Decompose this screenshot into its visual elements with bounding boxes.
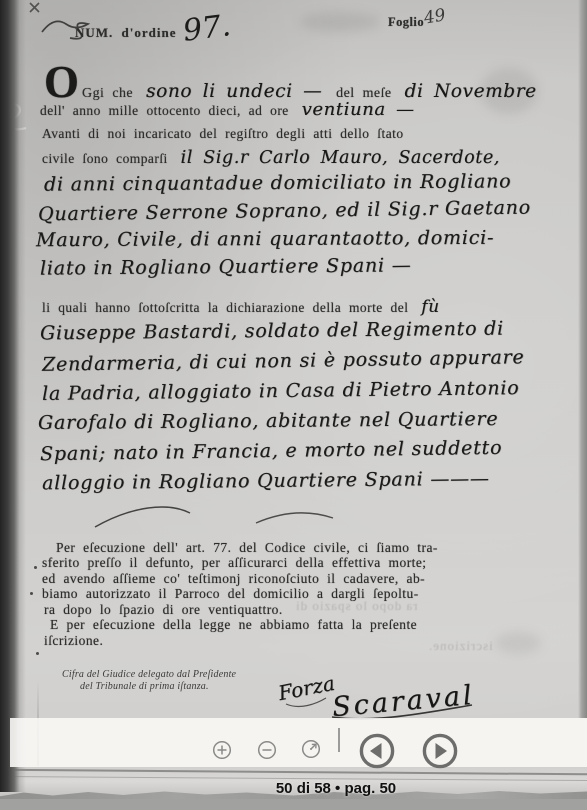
handwritten-line: di anni cinquantadue domiciliato in Rogl… — [44, 170, 512, 195]
toolbar-divider — [338, 728, 340, 752]
bleedthrough-text: iscrizione. — [428, 638, 493, 654]
handwritten-line: Mauro, Civile, di anni quarantaotto, dom… — [36, 227, 494, 251]
bottom-strip — [0, 799, 587, 810]
page-counter: 50 di 58 • pag. 50 — [276, 780, 396, 797]
printed-line: ed avendo aſſieme co' teſtimonj riconoſc… — [42, 571, 425, 587]
printed-line: biamo autorizzato il Parroco del domicil… — [42, 586, 419, 602]
signature: Scaraval — [331, 680, 476, 723]
status-bar: 50 di 58 • pag. 50 — [0, 766, 587, 810]
printed-line: iſcrizione. — [44, 633, 103, 649]
judge-note: del Tribunale di prima iſtanza. — [80, 681, 209, 692]
stain — [300, 12, 380, 32]
right-page-edge — [578, 0, 587, 718]
stray-pen-stroke — [256, 513, 333, 523]
zoom-out-icon — [256, 739, 278, 761]
handwritten-line: la Padria, alloggiato in Casa di Pietro … — [42, 377, 520, 405]
printed-line: sferito preſſo il defunto, per aſſicurar… — [42, 555, 427, 571]
judge-note: Cifra del Giudice delegato dal Preſident… — [62, 669, 236, 680]
order-number-value: 97. — [181, 8, 233, 49]
ink-dot — [36, 652, 39, 655]
stain — [495, 632, 541, 654]
document-line: Avanti di noi incaricato del regiſtro de… — [42, 126, 404, 142]
handwritten-line: Spani; nato in Francia, e morto nel sudd… — [40, 437, 503, 465]
ink-dot — [30, 592, 33, 595]
zoom-reset-button[interactable] — [300, 738, 322, 760]
printed-line: E per eſecuzione della legge ne abbiamo … — [50, 617, 417, 633]
zoom-out-button[interactable] — [256, 739, 278, 761]
document-viewer: NUM. d'ordine 97. Foglio 49 OGgi che son… — [0, 0, 587, 810]
handwritten-line: Giuseppe Bastardi, soldato del Regimento… — [40, 318, 504, 345]
document-line: dell' anno mille ottocento dieci, ad ore… — [40, 99, 415, 120]
handwritten-line: Garofalo di Rogliano, abitante nel Quart… — [38, 408, 499, 434]
ink-dot — [34, 566, 37, 569]
handwritten-line: alloggio in Rogliano Quartiere Spani ——— — [42, 468, 490, 495]
previous-page-icon — [358, 732, 396, 770]
document-line: li quali hanno ſottoſcritta la dichiaraz… — [42, 297, 440, 317]
next-page-icon — [421, 732, 459, 770]
scan-canvas[interactable]: NUM. d'ordine 97. Foglio 49 OGgi che son… — [0, 0, 587, 810]
stray-pen-stroke — [95, 507, 190, 527]
foglio-value: 49 — [422, 5, 447, 28]
handwritten-line: Quartiere Serrone Soprano, ed il Sig.r G… — [38, 197, 531, 226]
zoom-in-button[interactable] — [211, 739, 233, 761]
document-line: civile ſono comparſi il Sig.r Carlo Maur… — [42, 148, 500, 168]
left-binding-edge — [0, 0, 26, 792]
handwritten-line: liato in Rogliano Quartiere Spani — — [40, 254, 412, 279]
zoom-in-icon — [211, 739, 233, 761]
printed-line: ra dopo lo ſpazio di ore ventiquattro. — [44, 602, 283, 618]
signature: Forza — [276, 671, 336, 705]
next-page-button[interactable] — [421, 732, 459, 770]
printed-line: Per eſecuzione dell' art. 77. del Codice… — [56, 540, 438, 556]
order-number-label: NUM. d'ordine — [75, 25, 177, 41]
foglio-label: Foglio — [388, 15, 424, 30]
zoom-reset-icon — [300, 738, 322, 760]
viewer-toolbar — [10, 718, 587, 767]
handwritten-line: Zendarmeria, di cui non si è possuto app… — [42, 346, 525, 376]
previous-page-button[interactable] — [358, 732, 396, 770]
